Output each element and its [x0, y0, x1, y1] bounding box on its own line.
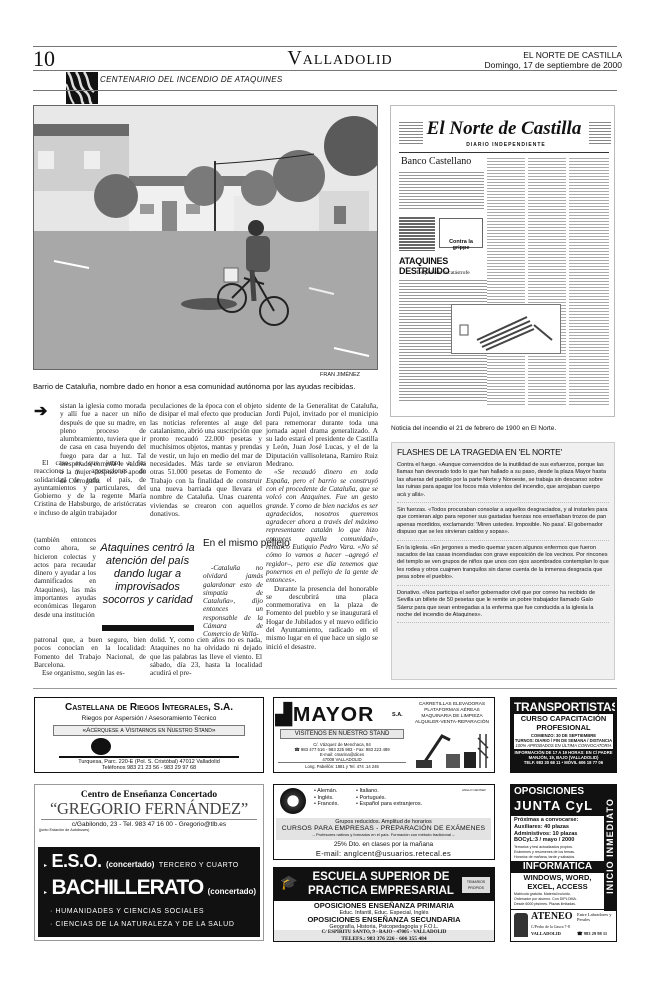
facsimile-main-sub: Después de la catástrofe: [403, 270, 483, 276]
facsimile-ear-left: [399, 120, 423, 144]
ad-course: CURSO CAPACITACIÓN PROFESIONAL: [514, 714, 613, 733]
page-number: 10: [33, 46, 55, 72]
program-eso: ▸ E.S.O. (concertado) TERCERO Y CUARTO: [44, 851, 254, 876]
program-bachillerato: ▸ BACHILLERATO (concertado): [44, 876, 254, 905]
facsimile-text-block: [399, 216, 435, 251]
ad-phones: Teléfonos 983 21 23 56 - 983 29 97 68: [35, 765, 263, 771]
ad-vertical-band: INICIO INMEDIATO: [604, 785, 616, 911]
article-paragraph: Ese organismo, según las es-: [34, 669, 146, 677]
program-years: TERCERO Y CUARTO: [159, 862, 239, 869]
ad-transportistas: TRANSPORTISTAS CURSO CAPACITACIÓN PROFES…: [510, 697, 617, 773]
series-kicker: CENTENARIO DEL INCENDIO DE ATAQUINES: [100, 75, 283, 84]
languages-col2: • Italiano. • Portugués. • Español para …: [356, 788, 422, 808]
ad-escuela-superior: 🎓 ESCUELA SUPERIOR DE PRACTICA EMPRESARI…: [273, 867, 495, 942]
service-line: ALQUILER-VENTA-REPARACIÓN: [410, 720, 494, 726]
note-line: Horarios de mañana, tarde y sábados.: [514, 855, 604, 860]
facsimile-caption: Noticia del incendio el 21 de febrero de…: [391, 425, 556, 432]
article-col3: sidente de la Generalitat de Cataluña, J…: [266, 402, 378, 651]
ad-title: OPOSICIONES: [514, 786, 601, 798]
ad-details: COMIENZO: 30 DE SEPTIEMBRE TURNOS: DIARI…: [514, 733, 613, 749]
ad-rule: [511, 909, 615, 910]
facsimile-map: [451, 304, 561, 354]
forklift-icon: ▟: [276, 704, 293, 726]
article-paragraph: -Cataluña no olvidará jamás galardonar e…: [203, 564, 263, 639]
ad-brand: ATENEO: [531, 911, 573, 922]
globe-logo-icon: [280, 788, 306, 814]
ad-info: INFORMACIÓN DE 17 A 19 HORAS: EN C/ PADR…: [514, 750, 613, 760]
article-col2-top: peculaciones de la época con el objeto d…: [150, 402, 262, 518]
ad-note: (junto Estación de Autobuses): [39, 828, 263, 832]
program-tag: (concertado): [106, 860, 154, 869]
newspaper-facsimile: El Norte de Castilla DIARIO INDEPENDIENT…: [390, 105, 615, 417]
section-title: Valladolid: [220, 47, 460, 70]
ad-castellana-riegos: Castellana de Riegos Integrales, S.A. Ri…: [34, 697, 264, 773]
program-track: · CIENCIAS DE LA NATURALEZA Y DE LA SALU…: [50, 918, 254, 931]
article-paragraph: Durante la presencia del honorable se de…: [266, 585, 378, 651]
pull-quote-bar: [102, 625, 194, 631]
continuation-arrow-icon: ➔: [34, 401, 47, 421]
band-line: – Profesores nativos y formados en el pa…: [276, 832, 491, 839]
brand-text: MAYOR: [293, 704, 374, 726]
ad-address: c/Gabilondo, 23 - Tel. 983 47 16 00 - Gr…: [35, 821, 263, 828]
flash-item: En la iglesia. «En jergones a medio quem…: [397, 545, 609, 586]
article-paragraph: peculaciones de la época con el objeto d…: [150, 402, 262, 518]
vertical-text: INICIO INMEDIATO: [605, 784, 615, 908]
program-track: · HUMANIDADES Y CIENCIAS SOCIALES: [50, 905, 254, 918]
ad-language-school: • Alemán. • Inglés. • Francés. • Italian…: [273, 784, 495, 860]
ad-op-header: OPOSICIONES JUNTA CyL: [511, 785, 604, 816]
facsimile-text-block: [487, 156, 525, 406]
facsimile-text-block: [399, 170, 484, 210]
ad-brand: ▟MAYOR: [276, 702, 375, 727]
language-item: • Español para extranjeros.: [356, 801, 422, 808]
article-paragraph: dolid. Y, como cien años no es nada, Ata…: [150, 636, 262, 677]
article-col1-bottom: patronal que, a buen seguro, bien pocos …: [34, 636, 146, 677]
flames-logo-icon: [66, 72, 98, 104]
article-col2-bottom: dolid. Y, como cien años no es nada, Ata…: [150, 636, 262, 677]
facsimile-text-block: [569, 156, 609, 406]
article-col1-mid: El caso es que junto a las reacciones y …: [34, 459, 146, 517]
ad-email: E-mail: anglcent@usuarios.retecal.es: [274, 849, 493, 858]
facsimile-headline-left: Banco Castellano: [401, 156, 471, 167]
ad-op2: OPOSICIONES ENSEÑANZA SECUNDARIA: [274, 916, 494, 924]
detail-line: BOCyL:3 / mayo / 2000: [514, 837, 604, 844]
street-photo: [33, 105, 378, 370]
article-col2-narrow: -Cataluña no olvidará jamás galardonar e…: [203, 564, 263, 639]
bullet-icon: ▸: [44, 863, 47, 869]
ad-op-details: Próximas a convocarse: Auxiliares: 40 pl…: [514, 817, 604, 844]
ads-rule: [33, 688, 617, 689]
facsimile-box: Contra la grippe: [439, 218, 483, 248]
ad-gregorio-fernandez: Centro de Enseñanza Concertado “GREGORIO…: [34, 784, 264, 941]
ad-phones: TELEFS.: 983 376 226 - 606 355 484: [274, 936, 494, 942]
program-title: E.S.O.: [51, 851, 101, 871]
program-title: BACHILLERATO: [51, 876, 203, 899]
header-rule: [33, 70, 617, 71]
detail-line: 100% APROBADOS EN ÚLTIMA CONVOCATORIA: [514, 743, 613, 748]
ad-title: Castellana de Riegos Integrales, S.A.: [35, 702, 263, 713]
ad-contact: C/. Vázquez de Menchaca, 84 ☎ 983 477 51…: [278, 742, 406, 762]
ad-phone: ☎ 983 29 98 11: [577, 931, 607, 937]
photo-caption: Barrio de Cataluña, nombre dado en honor…: [33, 382, 355, 391]
ad-phones: TELF. 983 30 68 11 • MÓVIL 606 18 77 06: [514, 760, 613, 765]
language-item: • Francés.: [314, 801, 339, 808]
photo-credit: FRAN JIMÉNEZ: [320, 372, 360, 378]
article-paragraph: sidente de la Generalitat de Cataluña, J…: [266, 402, 378, 468]
flashes-sidebar: FLASHES DE LA TRAGEDIA EN 'EL NORTE' Con…: [391, 442, 615, 680]
facsimile-ear-right: [589, 120, 611, 144]
detail-line: Auxiliares: 40 plazas: [514, 824, 604, 831]
flash-item: Donativo. «Nos participa el señor gobern…: [397, 590, 609, 624]
kicker-rule: [33, 90, 617, 91]
ad-rule: [59, 756, 239, 758]
detail-line: Administivos: 10 plazas: [514, 831, 604, 838]
machinery-icon: [412, 728, 492, 770]
flash-item: Contra el fuego. «Aunque convencidos de …: [397, 462, 609, 503]
program-tag: (concertado): [208, 887, 256, 896]
ad-ateneo: OPOSICIONES JUNTA CyL INICIO INMEDIATO P…: [510, 784, 617, 942]
ad-mayor: ▟MAYOR S.A. CARRETILLAS ELEVADORAS PLATA…: [273, 697, 495, 773]
article-paragraph: El caso es que junto a las reacciones y …: [34, 459, 146, 517]
grape-logo-icon: [91, 738, 111, 755]
ad-cta: «Acérquese a Visitarnos en Nuestro Stand…: [53, 725, 245, 736]
ad-cta: VISITENOS EN NUESTRO STAND: [280, 729, 404, 739]
ad-subtitle: Riegos por Aspersión / Asesoramiento Téc…: [35, 715, 263, 722]
title-line: ESCUELA SUPERIOR DE: [306, 870, 456, 884]
ateneo-logo-icon: [514, 913, 528, 937]
newspaper-name: EL NORTE DE CASTILLA: [523, 50, 622, 60]
bullet-icon: ▸: [44, 890, 47, 896]
ad-inf-title: INFORMATICA: [511, 861, 604, 873]
ad-inf-sub: WINDOWS, WORD, EXCEL, ACCESS: [511, 874, 604, 891]
ad-title: JUNTA CyL: [514, 798, 601, 813]
ad-brand-sub: Entre Labradores y Perales: [577, 912, 615, 922]
ad-services: CARRETILLAS ELEVADORAS PLATAFORMAS AÉREA…: [410, 702, 494, 726]
ad-title: ESCUELA SUPERIOR DE PRACTICA EMPRESARIAL: [306, 870, 456, 898]
flash-item: Sin fuerzas. «Todos procuraban consolar …: [397, 507, 609, 541]
languages-col1: • Alemán. • Inglés. • Francés.: [314, 788, 339, 808]
ad-band: Grupos reducidos. Amplitud de horarios C…: [276, 818, 491, 840]
issue-date: Domingo, 17 de septiembre de 2000: [484, 60, 622, 70]
ad-stand: Long. Pabellón: 1881 y Tel. 474 .14 246: [278, 764, 406, 769]
note-line: Desde 6000 pts/mes. Plazas limitadas.: [514, 902, 604, 907]
ad-discount: 25% Dto. en clases por la mañana: [274, 841, 493, 848]
ad-programs: ▸ E.S.O. (concertado) TERCERO Y CUARTO ▸…: [38, 847, 260, 937]
title-line: PRACTICA EMPRESARIAL: [306, 884, 456, 898]
ad-small-contact: ANGLO CENTER: [462, 788, 492, 792]
facsimile-text-block: [528, 156, 566, 406]
ad-op1: OPOSICIONES ENSEÑANZA PRIMARIA: [274, 902, 494, 910]
ad-badge: TEMARIOS PROPIOS: [462, 877, 490, 893]
article-col1-narrow: (también entonces como ahora, se hiciero…: [34, 536, 96, 619]
ad-op-notes: Temarios y test actualizados propios. Ex…: [514, 845, 604, 859]
ad-suffix: S.A.: [392, 712, 403, 718]
facsimile-subtitle: DIARIO INDEPENDIENTE: [461, 142, 551, 148]
detail-line: Próximas a convocarse:: [514, 817, 604, 824]
ad-rule: [278, 762, 406, 763]
ad-inf-notes: Matrícula gratuita. Material incluido. O…: [514, 892, 604, 906]
article-paragraph: patronal que, a buen seguro, bien pocos …: [34, 636, 146, 669]
ad-rule: [41, 819, 257, 820]
ad-city: VALLADOLID: [531, 931, 561, 936]
ad-school-name: “GREGORIO FERNÁNDEZ”: [35, 800, 263, 817]
facsimile-rule: [399, 152, 609, 153]
article-paragraph: «Se recaudó dinero en toda España, pero …: [266, 468, 378, 584]
article-paragraph: (también entonces como ahora, se hiciero…: [34, 536, 96, 619]
ad-header: 🎓 ESCUELA SUPERIOR DE PRACTICA EMPRESARI…: [274, 868, 494, 901]
facsimile-masthead: El Norte de Castilla: [419, 118, 589, 140]
graduation-cap-icon: 🎓: [280, 874, 297, 891]
ad-title: TRANSPORTISTAS: [514, 701, 613, 713]
flashes-title: FLASHES DE LA TRAGEDIA EN 'EL NORTE': [397, 447, 609, 457]
ad-address: C/Pedro de la Gasca 7-8: [531, 924, 570, 929]
language-item: • Alemán.: [314, 788, 339, 795]
pull-quote: Ataquines centró la atención del país da…: [100, 542, 195, 607]
